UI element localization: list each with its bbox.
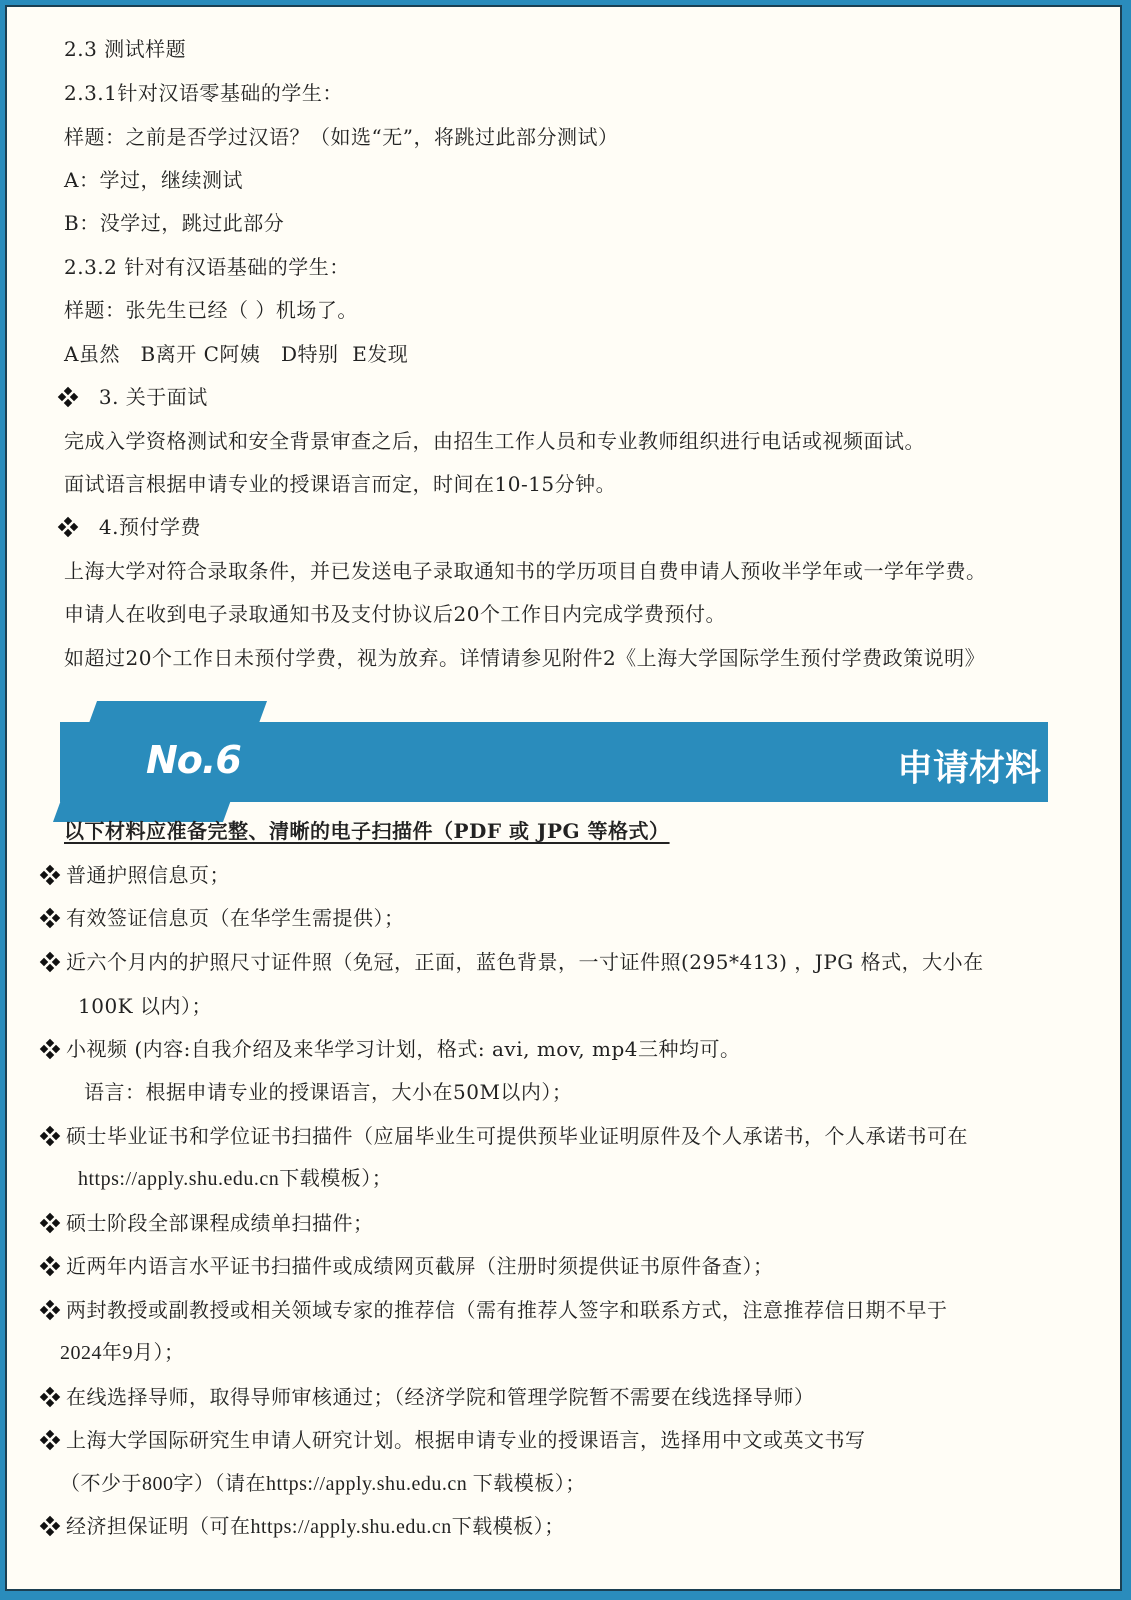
banner-title: 申请材料 — [897, 740, 1041, 791]
section-heading-3: 3. 关于面试 — [58, 384, 208, 410]
banner-number: No.6 — [146, 738, 241, 782]
material-item: 硕士毕业证书和学位证书扫描件（应届毕业生可提供预毕业证明原件及个人承诺书，个人承… — [40, 1123, 968, 1149]
subheading-zero-basis: 2.3.1针对汉语零基础的学生： — [64, 80, 343, 106]
diamond-bullet-icon — [40, 1516, 60, 1536]
section-heading-2-3: 2.3 测试样题 — [64, 36, 186, 62]
diamond-bullet-icon — [40, 1039, 60, 1059]
material-item: 上海大学国际研究生申请人研究计划。根据申请专业的授课语言，选择用中文或英文书写 — [40, 1427, 866, 1453]
diamond-bullet-icon — [58, 387, 78, 407]
material-item-continuation: 100K 以内）； — [78, 993, 212, 1019]
subheading-with-basis: 2.3.2 针对有汉语基础的学生： — [64, 254, 350, 280]
interview-paragraph-line: 完成入学资格测试和安全背景审查之后，由招生工作人员和专业教师组织进行电话或视频面… — [64, 428, 925, 454]
tuition-paragraph-line: 申请人在收到电子录取通知书及支付协议后20个工作日内完成学费预付。 — [64, 601, 726, 627]
diamond-bullet-icon — [40, 952, 60, 972]
sample-question-2: 样题：张先生已经（ ）机场了。 — [64, 297, 358, 323]
interview-paragraph-line: 面试语言根据申请专业的授课语言而定，时间在10-15分钟。 — [64, 471, 616, 497]
tuition-paragraph-line: 如超过20个工作日未预付学费，视为放弃。详情请参见附件2《上海大学国际学生预付学… — [64, 645, 985, 671]
diamond-bullet-icon — [40, 1387, 60, 1407]
material-item: 有效签证信息页（在华学生需提供）； — [40, 905, 405, 931]
materials-intro: 以下材料应准备完整、清晰的电子扫描件（PDF 或 JPG 等格式） — [64, 818, 670, 844]
section-heading-4: 4.预付学费 — [58, 514, 201, 540]
material-item: 经济担保证明（可在https://apply.shu.edu.cn下载模板）； — [40, 1514, 565, 1540]
diamond-bullet-icon — [40, 1213, 60, 1233]
material-item-continuation: 语言：根据申请专业的授课语言，大小在50M以内）； — [84, 1079, 572, 1105]
sample-question-1: 样题：之前是否学过汉语？（如选“无”，将跳过此部分测试） — [64, 124, 618, 150]
diamond-bullet-icon — [40, 1430, 60, 1450]
diamond-bullet-icon — [40, 908, 60, 928]
material-item-continuation: 2024年9月）； — [60, 1340, 185, 1366]
material-item: 普通护照信息页； — [40, 862, 230, 888]
material-item: 小视频 (内容:自我介绍及来华学习计划，格式: avi, mov, mp4三种均… — [40, 1036, 740, 1062]
option-a: A：学过，继续测试 — [64, 167, 243, 193]
diamond-bullet-icon — [40, 1300, 60, 1320]
diamond-bullet-icon — [40, 1256, 60, 1276]
sample-question-2-options: A虽然 B离开 C阿姨 D特别 E发现 — [64, 341, 408, 367]
tuition-paragraph-line: 上海大学对符合录取条件，并已发送电子录取通知书的学历项目自费申请人预收半学年或一… — [64, 558, 987, 584]
diamond-bullet-icon — [40, 865, 60, 885]
material-item: 近两年内语言水平证书扫描件或成绩网页截屏（注册时须提供证书原件备查）； — [40, 1253, 774, 1279]
material-item: 在线选择导师，取得导师审核通过；（经济学院和管理学院暂不需要在线选择导师） — [40, 1384, 815, 1410]
material-item: 硕士阶段全部课程成绩单扫描件； — [40, 1210, 374, 1236]
material-item: 两封教授或副教授或相关领域专家的推荐信（需有推荐人签字和联系方式，注意推荐信日期… — [40, 1297, 948, 1323]
diamond-bullet-icon — [58, 517, 78, 537]
material-item-continuation: https://apply.shu.edu.cn下载模板）； — [78, 1166, 392, 1192]
material-item: 近六个月内的护照尺寸证件照（免冠，正面，蓝色背景，一寸证件照(295*413) … — [40, 949, 984, 975]
diamond-bullet-icon — [40, 1126, 60, 1146]
option-b: B：没学过，跳过此部分 — [64, 210, 284, 236]
material-item-continuation: （不少于800字）（请在https://apply.shu.edu.cn 下载模… — [60, 1471, 586, 1497]
